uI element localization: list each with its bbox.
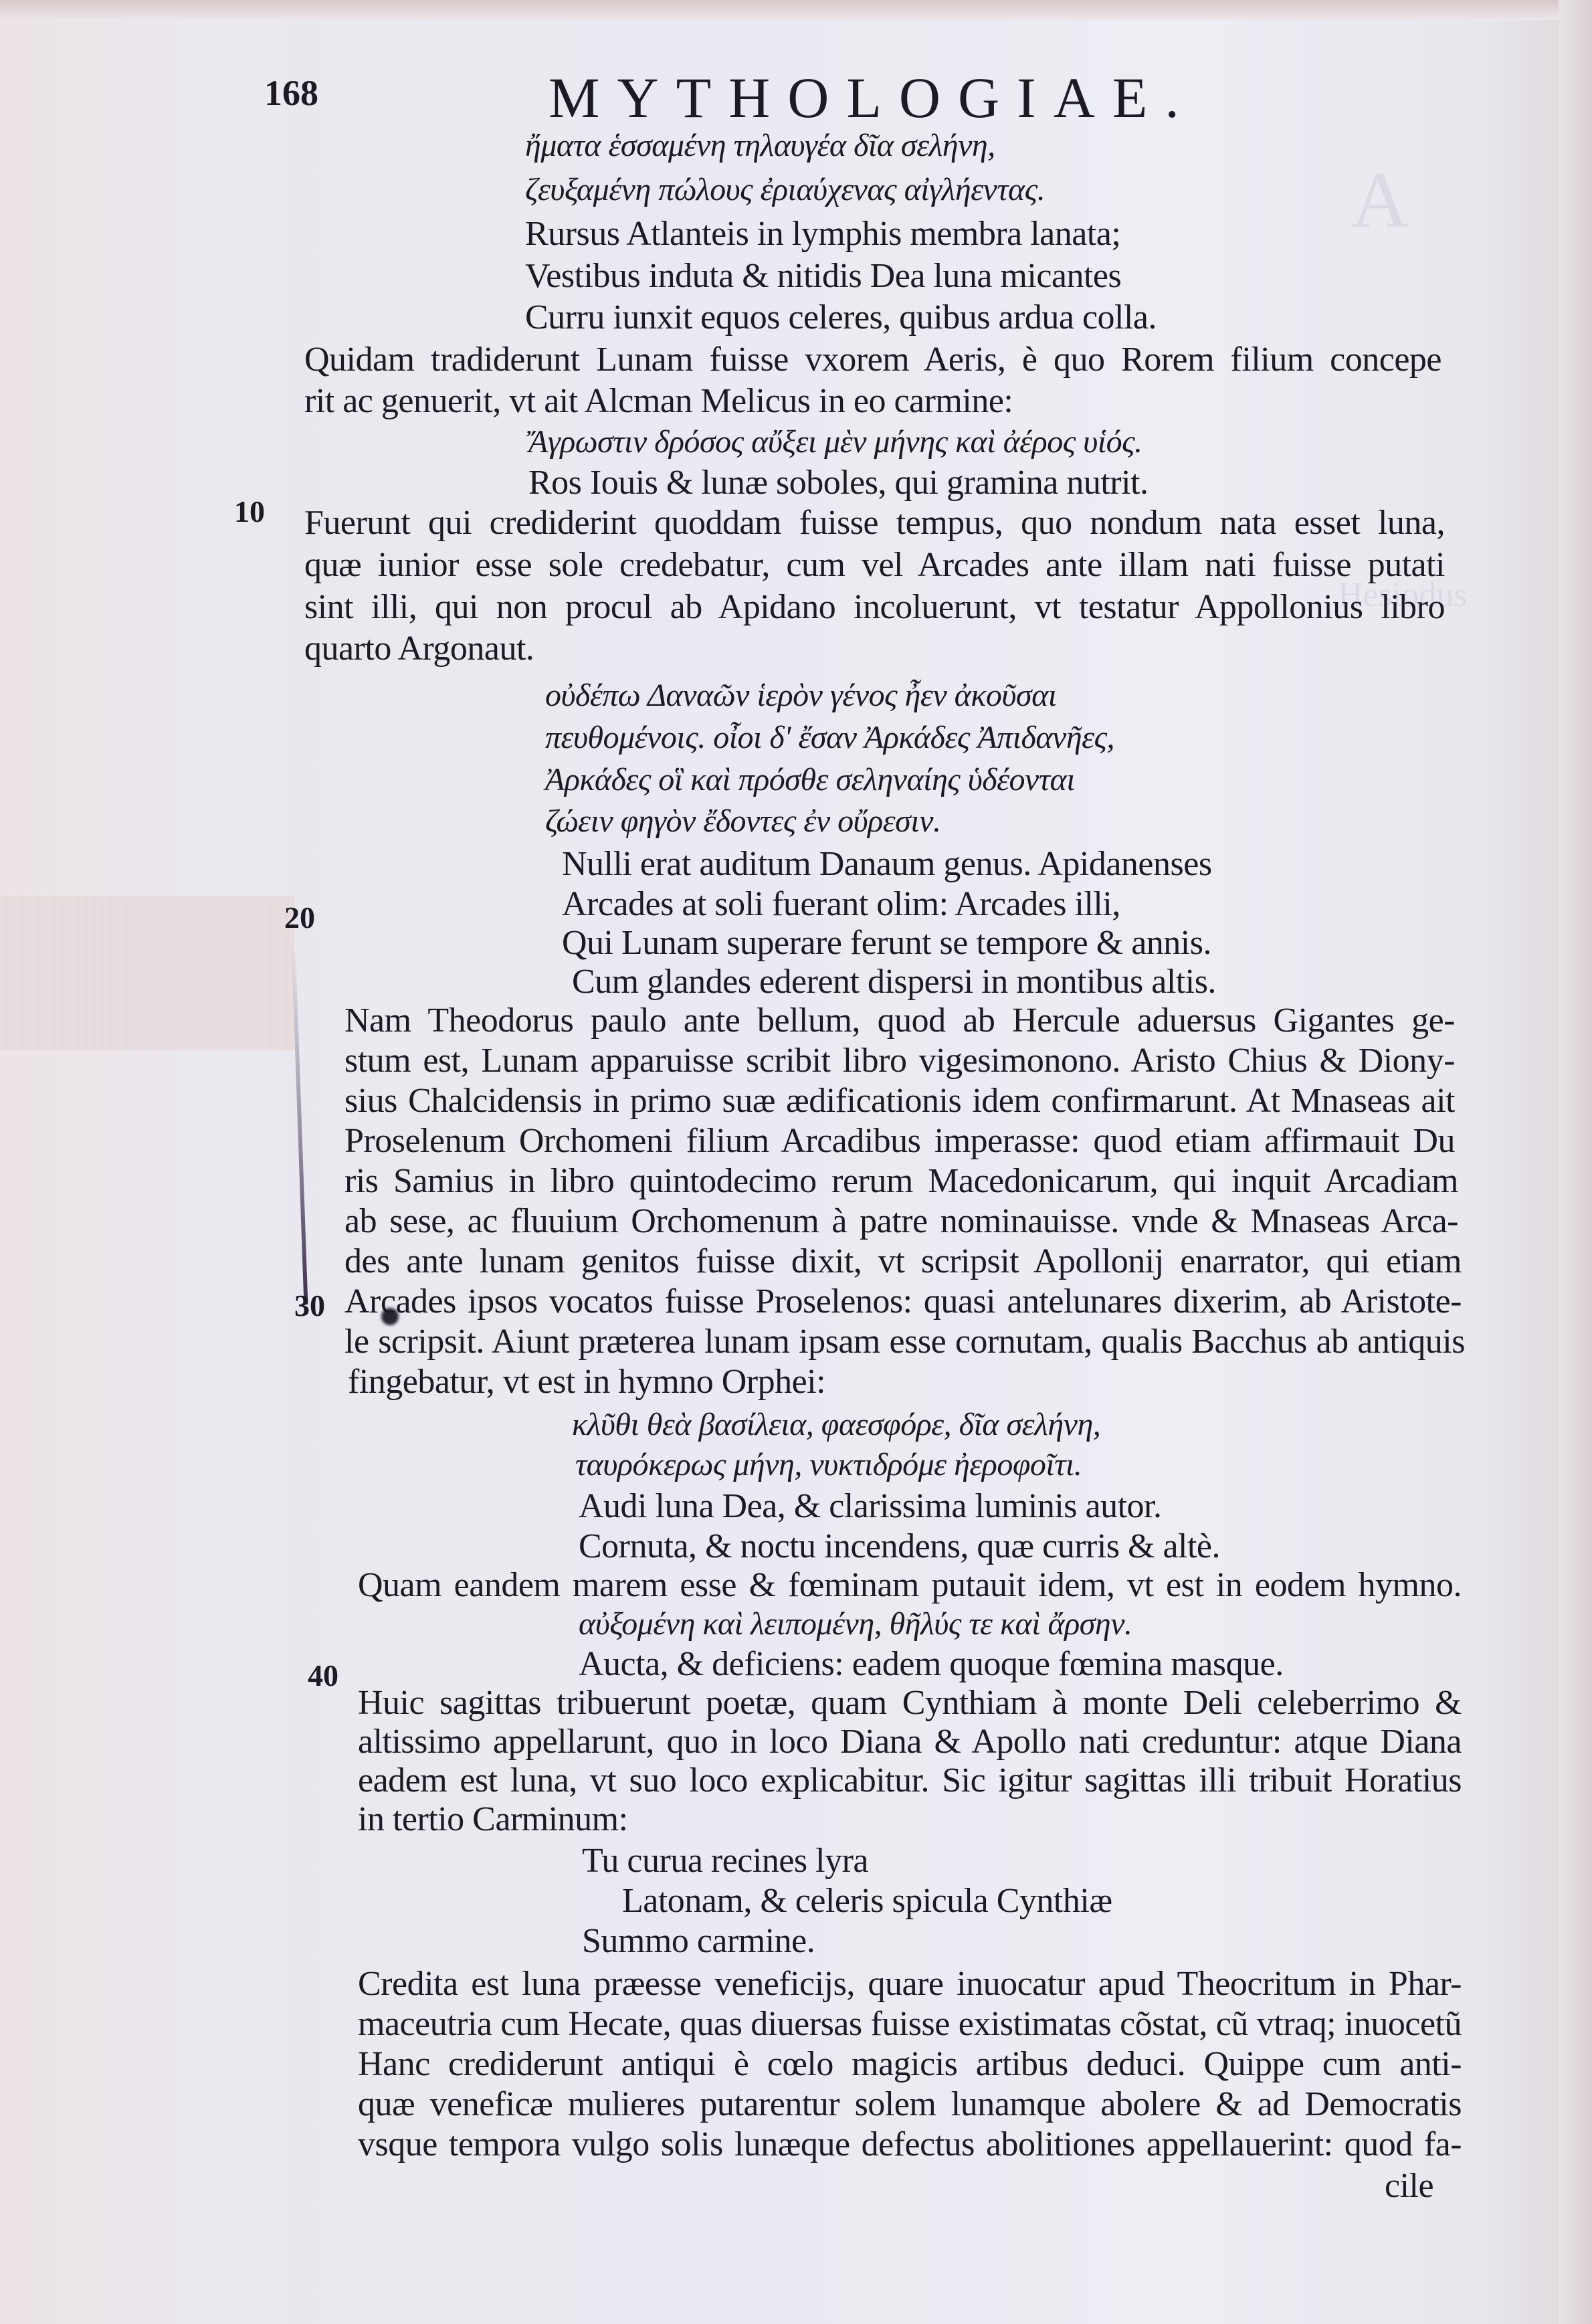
prose-line: Proselenum Orchomeni filium Arcadibus im… — [344, 1121, 1455, 1161]
margin-fold-strip — [0, 896, 294, 1050]
latin-verse-line: Latonam, & celeris spicula Cynthiæ — [622, 1881, 1112, 1921]
latin-verse-line: Curru iunxit equos celeres, quibus ardua… — [525, 298, 1157, 337]
latin-verse-line: Ros Iouis & lunæ soboles, qui gramina nu… — [528, 463, 1148, 502]
margin-line-number: 30 — [294, 1288, 325, 1323]
prose-line: Fuerunt qui crediderint quoddam fuisse t… — [304, 503, 1445, 543]
prose-line: ab sese, ac fluuium Orchomenum à patre n… — [344, 1201, 1458, 1241]
bleed-through-initial: A — [1351, 154, 1409, 246]
prose-line: sint illi, qui non procul ab Apidano inc… — [304, 587, 1445, 627]
greek-verse-line: πευθομένοις. οἶοι δ' ἔσαν Ἀρκάδες Ἀπιδαν… — [545, 719, 1114, 756]
prose-line: maceutria cum Hecate, quas diuersas fuis… — [358, 2004, 1462, 2044]
greek-verse-line: οὐδέπω Δαναῶν ἱερὸν γένος ἦεν ἀκοῦσαι — [545, 677, 1057, 714]
prose-line: Huic sagittas tribuerunt poetæ, quam Cyn… — [358, 1683, 1462, 1723]
margin-line-number: 40 — [308, 1658, 338, 1693]
page-top-shadow — [0, 0, 1592, 20]
prose-line: fingebatur, vt est in hymno Orphei: — [348, 1362, 825, 1401]
prose-line: quæ veneficæ mulieres putarentur solem l… — [358, 2085, 1462, 2124]
prose-line: Quam eandem marem esse & fœminam putauit… — [358, 1565, 1462, 1605]
greek-verse-line: ζώειν φηγὸν ἔδοντες ἐν οὔρεσιν. — [545, 803, 940, 840]
prose-line: des ante lunam genitos fuisse dixit, vt … — [344, 1242, 1462, 1281]
margin-line-number: 10 — [234, 494, 265, 529]
running-title: MYTHOLOGIAE. — [549, 64, 1197, 131]
prose-line: altissimo appellarunt, quo in loco Diana… — [358, 1722, 1462, 1761]
prose-line: Hanc crediderunt antiqui è cœlo magicis … — [358, 2044, 1462, 2084]
prose-line: sius Chalcidensis in primo suæ ædificati… — [344, 1081, 1455, 1121]
latin-verse-line: Vestibus induta & nitidis Dea luna mican… — [525, 256, 1121, 296]
prose-line: eadem est luna, vt suo loco explicabitur… — [358, 1761, 1462, 1800]
latin-verse-line: Summo carmine. — [582, 1921, 815, 1961]
prose-line: vsque tempora vulgo solis lunæque defect… — [358, 2125, 1462, 2164]
prose-line: rit ac genuerit, vt ait Alcman Melicus i… — [304, 381, 1013, 421]
prose-line: ris Samius in libro quintodecimo rerum M… — [344, 1161, 1458, 1201]
latin-verse-line: Qui Lunam superare ferunt se tempore & a… — [562, 923, 1211, 963]
latin-verse-line: Nulli erat auditum Danaum genus. Apidane… — [562, 844, 1212, 884]
prose-line: Quidam tradiderunt Lunam fuisse vxorem A… — [304, 340, 1441, 379]
prose-line: Arcades ipsos vocatos fuisse Proselenos:… — [344, 1282, 1462, 1321]
latin-verse-line: Cum glandes ederent dispersi in montibus… — [572, 962, 1216, 1001]
greek-verse-line: ζευξαμένη πώλους ἐριαύχενας αἰγλήεντας. — [525, 171, 1045, 208]
latin-verse-line: Cornuta, & noctu incendens, quæ curris &… — [579, 1527, 1220, 1566]
latin-verse-line: Tu curua recines lyra — [582, 1841, 868, 1880]
greek-verse-line: ταυρόκερως μήνη, νυκτιδρόμε ἠεροφοῖτι. — [575, 1446, 1082, 1483]
latin-verse-line: Rursus Atlanteis in lymphis membra lanat… — [525, 214, 1120, 254]
greek-verse-line: κλῦθι θεὰ βασίλεια, φαεσφόρε, δῖα σελήνη… — [572, 1406, 1100, 1443]
prose-line: in tertio Carminum: — [358, 1800, 628, 1839]
greek-verse-line: ἤματα ἑσσαμένη τηλαυγέα δῖα σελήνη, — [525, 127, 995, 164]
greek-verse-line: Ἄγρωστιν δρόσος αὔξει μὲν μήνης καὶ ἀέρο… — [528, 423, 1142, 460]
page-number: 168 — [264, 72, 318, 114]
latin-verse-line: Aucta, & deficiens: eadem quoque fœmina … — [579, 1644, 1284, 1684]
greek-verse-line: Ἀρκάδες οἳ καὶ πρόσθε σεληναίης ὑδέονται — [545, 761, 1075, 798]
greek-verse-line: αὐξομένη καὶ λειπομένη, θῆλύς τε καὶ ἄρσ… — [579, 1606, 1132, 1642]
prose-line: quæ iunior esse sole credebatur, cum vel… — [304, 545, 1445, 585]
latin-verse-line: Arcades at soli fuerant olim: Arcades il… — [562, 884, 1120, 924]
prose-line: stum est, Lunam apparuisse scribit libro… — [344, 1041, 1455, 1080]
prose-line: quarto Argonaut. — [304, 629, 534, 668]
prose-line: le scripsit. Aiunt præterea lunam ipsam … — [344, 1322, 1465, 1361]
prose-line: Nam Theodorus paulo ante bellum, quod ab… — [344, 1001, 1455, 1040]
latin-verse-line: Audi luna Dea, & clarissima luminis auto… — [579, 1486, 1162, 1526]
margin-line-number: 20 — [284, 900, 315, 935]
prose-line: Credita est luna præesse veneficijs, qua… — [358, 1964, 1462, 2004]
page-right-edge — [1559, 0, 1592, 2324]
catchword: cile — [1385, 2166, 1433, 2206]
